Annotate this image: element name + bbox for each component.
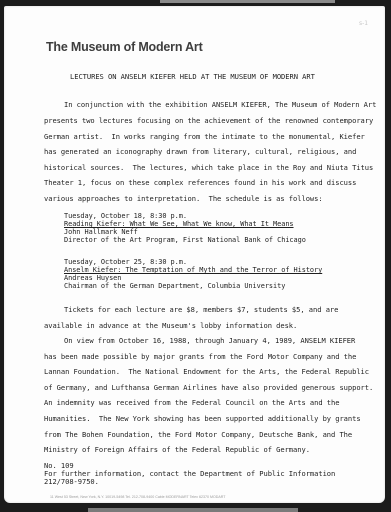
intro-line-5: historical sources. The lectures, which … [44,163,373,172]
press-release-page: s-1 The Museum of Modern Art LECTURES ON… [4,6,385,503]
tickets-line-1: Tickets for each lecture are $8, members… [64,305,338,314]
lecture-date: Tuesday, October 25, 8:30 p.m. [64,258,187,266]
lecture-title: Anselm Kiefer: The Temptation of Myth an… [64,266,322,274]
footer-address: 11 West 53 Street, New York, N.Y. 10019-… [50,495,225,499]
lecture-title: Reading Kiefer: What We See, What We kno… [64,220,294,228]
intro-line-2: presents two lectures focusing on the ac… [44,116,373,125]
lecture-speaker: Andreas Huysen [64,274,121,282]
view-line-8: Ministry of Foreign Affairs of the Feder… [44,445,310,454]
letterhead: The Museum of Modern Art [46,40,203,54]
view-line-6: Humanities. The New York showing has bee… [44,414,361,423]
view-line-5: An indemnity was received from the Feder… [44,398,339,407]
lecture-speaker: John Hallmark Neff [64,228,138,236]
tickets-line-2: available in advance at the Museum's lob… [44,321,297,330]
intro-line-3: German artist. In works ranging from the… [44,132,365,141]
page-mark: s-1 [359,20,368,27]
scan-edge-top [160,0,335,3]
view-line-4: of Germany, and Lufthansa German Airline… [44,383,373,392]
lecture-date: Tuesday, October 18, 8:30 p.m. [64,212,187,220]
intro-line-6: Theater 1, focus on these complex refere… [44,178,356,187]
intro-line-1: In conjunction with the exhibition ANSEL… [64,100,376,109]
lecture-affiliation: Director of the Art Program, First Natio… [64,236,306,244]
lecture-affiliation: Chairman of the German Department, Colum… [64,282,285,290]
intro-line-4: has generated an iconography drawn from … [44,147,356,156]
scanned-document: s-1 The Museum of Modern Art LECTURES ON… [0,0,391,512]
contact-phone: 212/708-9750. [44,478,99,486]
view-line-2: has been made possible by major grants f… [44,352,356,361]
intro-line-7: various approaches to interpretation. Th… [44,194,323,203]
view-line-7: from The Bohen Foundation, the Ford Moto… [44,430,352,439]
scan-edge-bottom [88,508,298,512]
view-line-1: On view from October 16, 1988, through J… [64,336,355,345]
view-line-3: Lannan Foundation. The National Endowmen… [44,367,369,376]
headline: LECTURES ON ANSELM KIEFER HELD AT THE MU… [70,72,315,81]
